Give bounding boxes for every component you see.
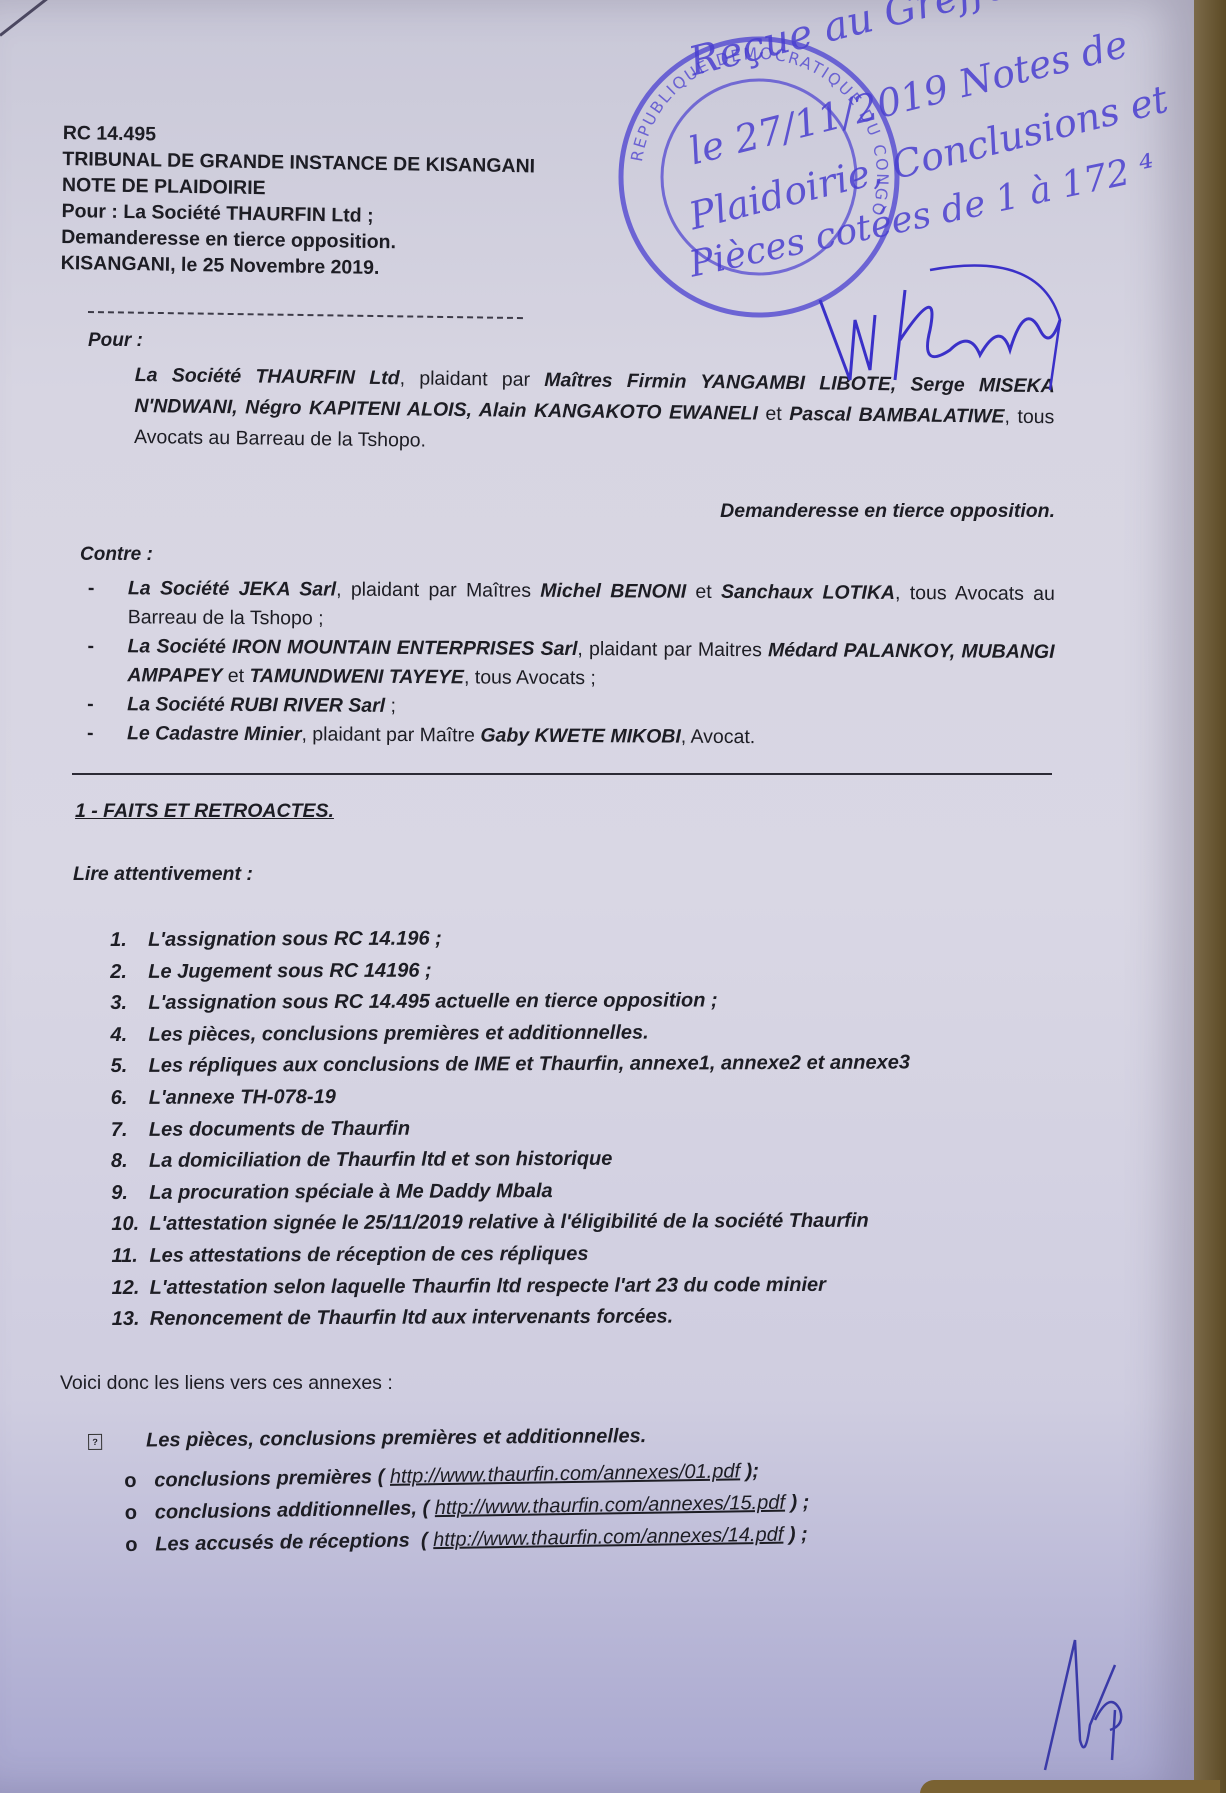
exhibit-number: 9.	[111, 1178, 149, 1210]
paren-close: ) ;	[783, 1523, 808, 1545]
paren-close: );	[740, 1460, 759, 1482]
defendant-item: -Le Cadastre Minier, plaidant par Maître…	[79, 719, 1054, 754]
annex-label: conclusions additionnelles,	[155, 1497, 418, 1523]
defendant-name: La Société IRON MOUNTAIN ENTERPRISES Sar…	[127, 635, 577, 660]
circle-bullet-icon: o	[125, 1497, 155, 1529]
exhibit-number: 6.	[111, 1083, 149, 1115]
plaintiff-counsel: Pascal BAMBALATIWE	[789, 403, 1004, 428]
exhibit-number: 4.	[110, 1020, 148, 1052]
exhibit-number: 2.	[110, 956, 148, 988]
exhibit-item: 4.Les pièces, conclusions premières et a…	[110, 1016, 1060, 1052]
missing-glyph-icon: ?	[88, 1434, 102, 1450]
pour-text: et	[758, 403, 790, 425]
document-header: RC 14.495 TRIBUNAL DE GRANDE INSTANCE DE…	[61, 120, 536, 283]
exhibit-text: Les pièces, conclusions premières et add…	[148, 1021, 648, 1045]
background-corner	[920, 1780, 1220, 1793]
exhibit-number: 8.	[111, 1146, 149, 1178]
exhibit-item: 8.La domiciliation de Thaurfin ltd et so…	[111, 1142, 1061, 1178]
exhibit-item: 13.Renoncement de Thaurfin ltd aux inter…	[112, 1300, 1062, 1336]
exhibit-text: Les répliques aux conclusions de IME et …	[149, 1052, 910, 1077]
exhibit-text: Les documents de Thaurfin	[149, 1117, 410, 1140]
exhibit-item: 5.Les répliques aux conclusions de IME e…	[111, 1047, 1061, 1083]
exhibit-text: Le Jugement sous RC 14196 ;	[148, 959, 432, 982]
plaintiff-name: La Société THAURFIN Ltd	[135, 364, 400, 389]
exhibit-text: L'assignation sous RC 14.495 actuelle en…	[148, 990, 717, 1014]
links-group-title: ?Les pièces, conclusions premières et ad…	[88, 1425, 646, 1453]
defendants-list: -La Société JEKA Sarl, plaidant par Maît…	[79, 574, 1055, 754]
exhibit-text: L'attestation selon laquelle Thaurfin lt…	[150, 1273, 826, 1298]
bullet-dash: -	[87, 719, 94, 748]
exhibit-item: 6.L'annexe TH-078-19	[111, 1079, 1061, 1115]
annex-label: conclusions premières	[154, 1466, 372, 1491]
exhibit-number: 10.	[111, 1209, 149, 1241]
exhibit-number: 1.	[110, 925, 148, 957]
pour-text: , plaidant par	[400, 367, 545, 391]
contre-label: Contre :	[80, 544, 153, 566]
annex-url-link[interactable]: http://www.thaurfin.com/annexes/01.pdf	[390, 1460, 741, 1487]
dashed-separator	[88, 311, 523, 319]
exhibit-text: La domiciliation de Thaurfin ltd et son …	[149, 1148, 612, 1172]
exhibit-item: 1.L'assignation sous RC 14.196 ;	[110, 921, 1060, 957]
defendant-counsel: Michel BENONI	[540, 580, 686, 603]
links-intro: Voici donc les liens vers ces annexes :	[60, 1372, 393, 1395]
defendant-name: Le Cadastre Minier	[127, 722, 302, 745]
exhibit-number: 12.	[112, 1272, 150, 1304]
page-initials	[1040, 1630, 1130, 1780]
document-page: RC 14.495 TRIBUNAL DE GRANDE INSTANCE DE…	[0, 0, 1196, 1793]
exhibit-item: 12.L'attestation selon laquelle Thaurfin…	[112, 1268, 1062, 1304]
circle-bullet-icon: o	[124, 1465, 154, 1497]
annex-label: Les accusés de réceptions	[155, 1530, 410, 1556]
exhibit-text: Renoncement de Thaurfin ltd aux interven…	[150, 1306, 674, 1330]
defendant-name: La Société RUBI RIVER Sarl	[127, 693, 385, 717]
paren-close: ) ;	[785, 1491, 810, 1513]
defendant-text: , Avocat.	[681, 726, 756, 748]
exhibit-item: 9.La procuration spéciale à Me Daddy Mba…	[111, 1174, 1061, 1210]
exhibit-number: 7.	[111, 1114, 149, 1146]
exhibit-number: 5.	[111, 1051, 149, 1083]
bullet-dash: -	[87, 690, 94, 719]
exhibit-number: 11.	[111, 1241, 149, 1273]
exhibit-number: 3.	[110, 988, 148, 1020]
plaintiff-role: Demanderesse en tierce opposition.	[600, 500, 1055, 523]
section-divider	[72, 773, 1052, 775]
defendant-text: , plaidant par Maîtres	[336, 579, 540, 602]
exhibit-text: La procuration spéciale à Me Daddy Mbala	[149, 1180, 553, 1204]
pour-label: Pour :	[88, 330, 143, 352]
section-title: 1 - FAITS ET RETROACTES.	[75, 800, 334, 823]
paren-open: (	[410, 1529, 434, 1551]
annex-url-link[interactable]: http://www.thaurfin.com/annexes/15.pdf	[435, 1492, 786, 1519]
defendant-text: , tous Avocats ;	[464, 666, 596, 689]
defendant-counsel: TAMUNDWENI TAYEYE	[249, 665, 464, 688]
defendant-text: et	[222, 665, 249, 687]
exhibit-text: L'assignation sous RC 14.196 ;	[148, 928, 442, 951]
defendant-counsel: Gaby KWETE MIKOBI	[480, 724, 681, 747]
links-group-label: Les pièces, conclusions premières et add…	[146, 1425, 646, 1451]
exhibit-item: 3.L'assignation sous RC 14.495 actuelle …	[110, 984, 1060, 1020]
defendant-item: -La Société IRON MOUNTAIN ENTERPRISES Sa…	[79, 632, 1054, 696]
annex-url-link[interactable]: http://www.thaurfin.com/annexes/14.pdf	[433, 1524, 784, 1551]
circle-bullet-icon: o	[125, 1529, 155, 1561]
exhibit-text: Les attestations de réception de ces rép…	[149, 1243, 588, 1267]
defendant-item: -La Société JEKA Sarl, plaidant par Maît…	[80, 574, 1055, 638]
exhibit-text: L'attestation signée le 25/11/2019 relat…	[149, 1210, 869, 1235]
paren-open: (	[372, 1466, 390, 1488]
exhibit-text: L'annexe TH-078-19	[149, 1086, 336, 1109]
paren-open: (	[417, 1497, 435, 1519]
defendant-text: ;	[385, 695, 396, 717]
bullet-dash: -	[88, 574, 95, 603]
read-label: Lire attentivement :	[73, 863, 253, 886]
background-edge	[1194, 0, 1226, 1793]
exhibit-number: 13.	[112, 1304, 150, 1336]
exhibits-list: 1.L'assignation sous RC 14.196 ;2.Le Jug…	[110, 921, 1062, 1336]
defendant-name: La Société JEKA Sarl	[128, 577, 336, 600]
clerk-signature	[810, 260, 1070, 390]
pen-mark	[0, 0, 48, 37]
exhibit-item: 2.Le Jugement sous RC 14196 ;	[110, 952, 1060, 988]
defendant-counsel: Sanchaux LOTIKA	[721, 581, 895, 604]
exhibit-item: 10.L'attestation signée le 25/11/2019 re…	[111, 1205, 1061, 1241]
bullet-dash: -	[87, 632, 94, 661]
defendant-text: , plaidant par Maître	[301, 723, 480, 746]
annex-links-list: oconclusions premières ( http://www.thau…	[124, 1451, 1005, 1561]
defendant-text: et	[686, 581, 721, 603]
exhibit-item: 11.Les attestations de réception de ces …	[111, 1237, 1061, 1273]
defendant-text: , plaidant par Maitres	[577, 638, 768, 661]
exhibit-item: 7.Les documents de Thaurfin	[111, 1110, 1061, 1146]
